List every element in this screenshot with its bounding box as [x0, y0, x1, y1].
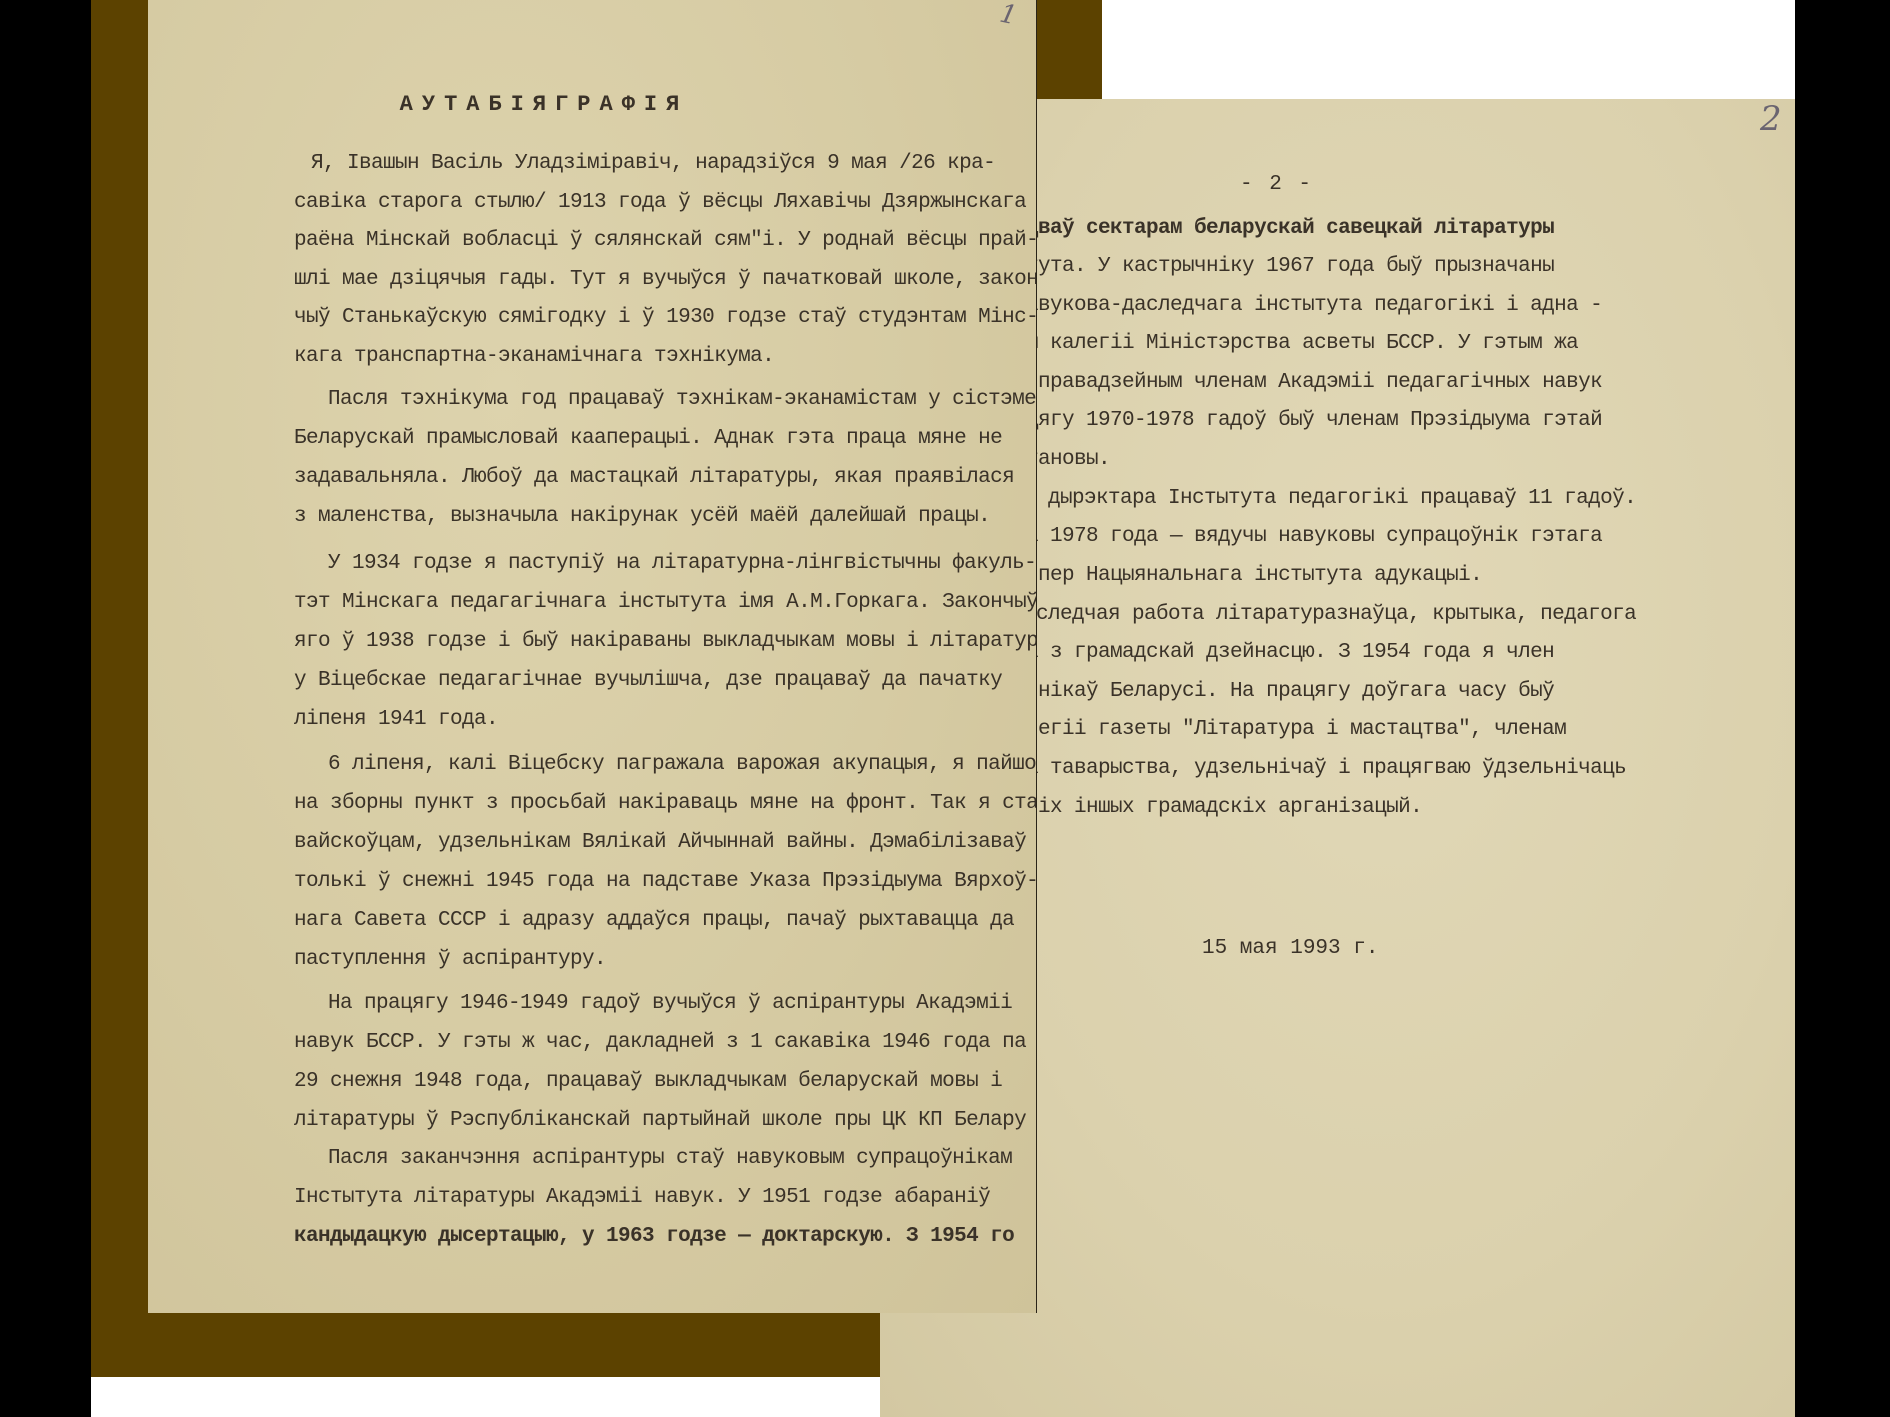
background-white-top: [1102, 0, 1795, 99]
text-line: у Віцебскае педагагічнае вучылішча, дзе …: [294, 670, 1002, 691]
text-line: Беларускай прамысловай кааперацыі. Аднак…: [294, 428, 1002, 449]
text-line: шлі мае дзіцячыя гады. Тут я вучыўся ў п…: [294, 269, 1037, 290]
page-number: - 2 -: [1240, 173, 1313, 196]
handwritten-page-mark: 2: [1760, 99, 1782, 139]
text-line: савіка старога стылю/ 1913 года ў вёсцы …: [294, 192, 1026, 213]
text-line: тэт Мінскага педагагічнага інстытута імя…: [294, 592, 1037, 613]
text-line: кага транспартна-эканамічнага тэхнікума.: [294, 346, 774, 367]
text-line: Інстытута літаратуры Акадэміі навук. У 1…: [294, 1187, 990, 1208]
text-line: задавальняла. Любоў да мастацкай літарат…: [294, 467, 1014, 488]
text-line: нага Савета СССР і адразу аддаўся працы,…: [294, 910, 1014, 931]
text-line: Пасля заканчэння аспірантуры стаў навуко…: [328, 1148, 1012, 1169]
document-title: АУТАБІЯГРАФІЯ: [148, 92, 988, 117]
text-line: чыў Станькаўскую сямігодку і ў 1930 годз…: [294, 307, 1037, 328]
text-line: паступлення ў аспірантуру.: [294, 949, 606, 970]
text-line: кандыдацкую дысертацыю, у 1963 годзе — д…: [294, 1226, 1014, 1247]
document-date: 15 мая 1993 г.: [1202, 937, 1378, 960]
text-line: 29 снежня 1948 года, працаваў выкладчыка…: [294, 1071, 1002, 1092]
text-line: яго ў 1938 годзе і быў накіраваны выклад…: [294, 631, 1037, 652]
handwritten-page-mark: 1: [997, 0, 1019, 31]
text-line: Пасля тэхнікума год працаваў тэхнікам-эк…: [328, 389, 1036, 410]
text-line: вайскоўцам, удзельнікам Вялікай Айчыннай…: [294, 832, 1026, 853]
background-white-bottom: [91, 1377, 881, 1417]
background-black-left: [0, 0, 91, 1417]
text-line: У 1934 годзе я паступіў на літаратурна-л…: [328, 553, 1036, 574]
text-line: На працягу 1946-1949 гадоў вучыўся ў асп…: [328, 993, 1012, 1014]
text-line: навук БССР. У гэты ж час, дакладней з 1 …: [294, 1032, 1026, 1053]
text-line: толькі ў снежні 1945 года на падставе Ук…: [294, 871, 1037, 892]
text-line: 6 ліпеня, калі Віцебску пагражала варожа…: [328, 754, 1036, 775]
text-line: з маленства, вызначыла накірунак усёй ма…: [294, 506, 990, 527]
text-line: раёна Мінскай вобласці ў сялянскай сям"і…: [294, 230, 1037, 251]
text-line: Я, Івашын Васіль Уладзіміравіч, нарадзіў…: [311, 153, 995, 174]
background-black-right: [1795, 0, 1890, 1417]
text-line: на зборны пункт з просьбай накіраваць мя…: [294, 793, 1037, 814]
document-page-1: 1 АУТАБІЯГРАФІЯ Я, Івашын Васіль Уладзім…: [148, 0, 1037, 1313]
text-line: ліпеня 1941 года.: [294, 709, 498, 730]
text-line: літаратуры ў Рэспубліканскай партыйнай ш…: [294, 1110, 1026, 1131]
